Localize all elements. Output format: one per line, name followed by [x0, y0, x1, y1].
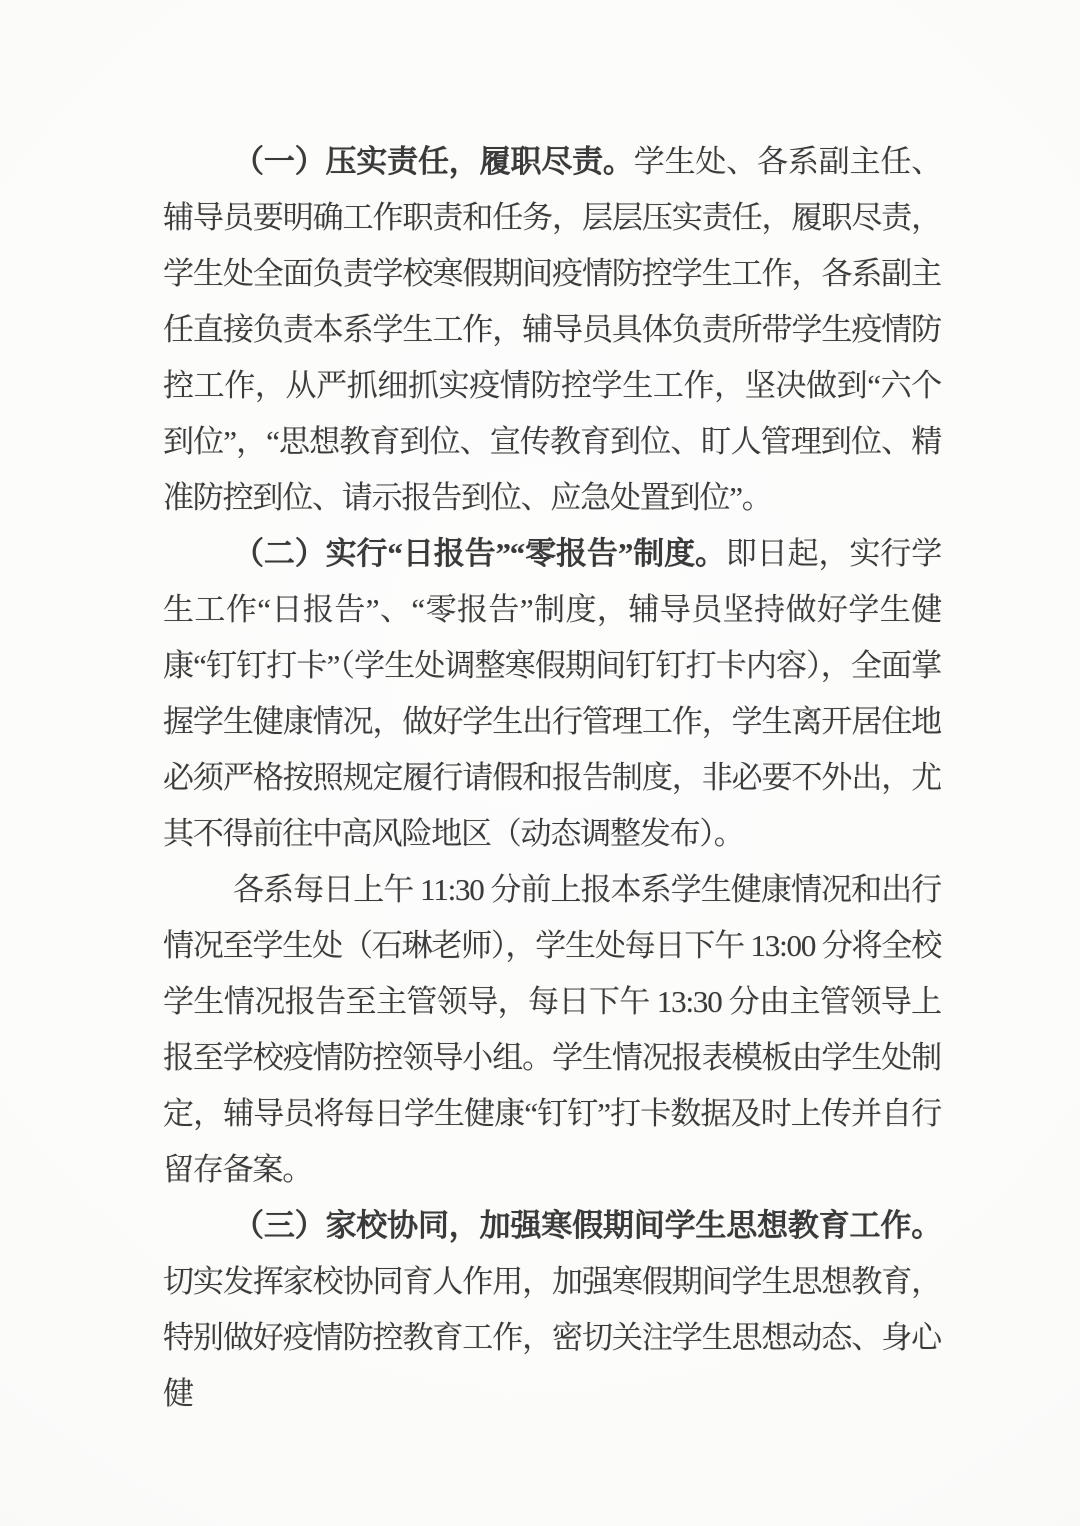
paragraph-text-4: 切实发挥家校协同育人作用，加强寒假期间学生思想教育，特别做好疫情防控教育工作，密… — [163, 1264, 941, 1411]
paragraph-text-1: 学生处、各系副主任、辅导员要明确工作职责和任务，层层压实责任，履职尽责，学生处全… — [163, 144, 941, 515]
paragraph-section-1: （一）压实责任，履职尽责。学生处、各系副主任、辅导员要明确工作职责和任务，层层压… — [163, 134, 941, 526]
section-heading-1: （一）压实责任，履职尽责。 — [233, 144, 634, 179]
section-heading-3: （三）家校协同，加强寒假期间学生思想教育工作。 — [233, 1208, 941, 1243]
section-heading-2: （二）实行“日报告”“零报告”制度。 — [233, 536, 726, 571]
paragraph-text-3: 各系每日上午 11:30 分前上报本系学生健康情况和出行情况至学生处（石琳老师）… — [163, 872, 941, 1187]
paragraph-reporting-schedule: 各系每日上午 11:30 分前上报本系学生健康情况和出行情况至学生处（石琳老师）… — [163, 862, 941, 1198]
paragraph-section-3: （三）家校协同，加强寒假期间学生思想教育工作。切实发挥家校协同育人作用，加强寒假… — [163, 1198, 941, 1422]
paragraph-section-2: （二）实行“日报告”“零报告”制度。即日起，实行学生工作“日报告”、“零报告”制… — [163, 526, 941, 862]
document-body: （一）压实责任，履职尽责。学生处、各系副主任、辅导员要明确工作职责和任务，层层压… — [163, 134, 941, 1422]
paragraph-text-2: 即日起，实行学生工作“日报告”、“零报告”制度，辅导员坚持做好学生健康“钉钉打卡… — [163, 536, 941, 851]
document-page: （一）压实责任，履职尽责。学生处、各系副主任、辅导员要明确工作职责和任务，层层压… — [0, 0, 1080, 1526]
